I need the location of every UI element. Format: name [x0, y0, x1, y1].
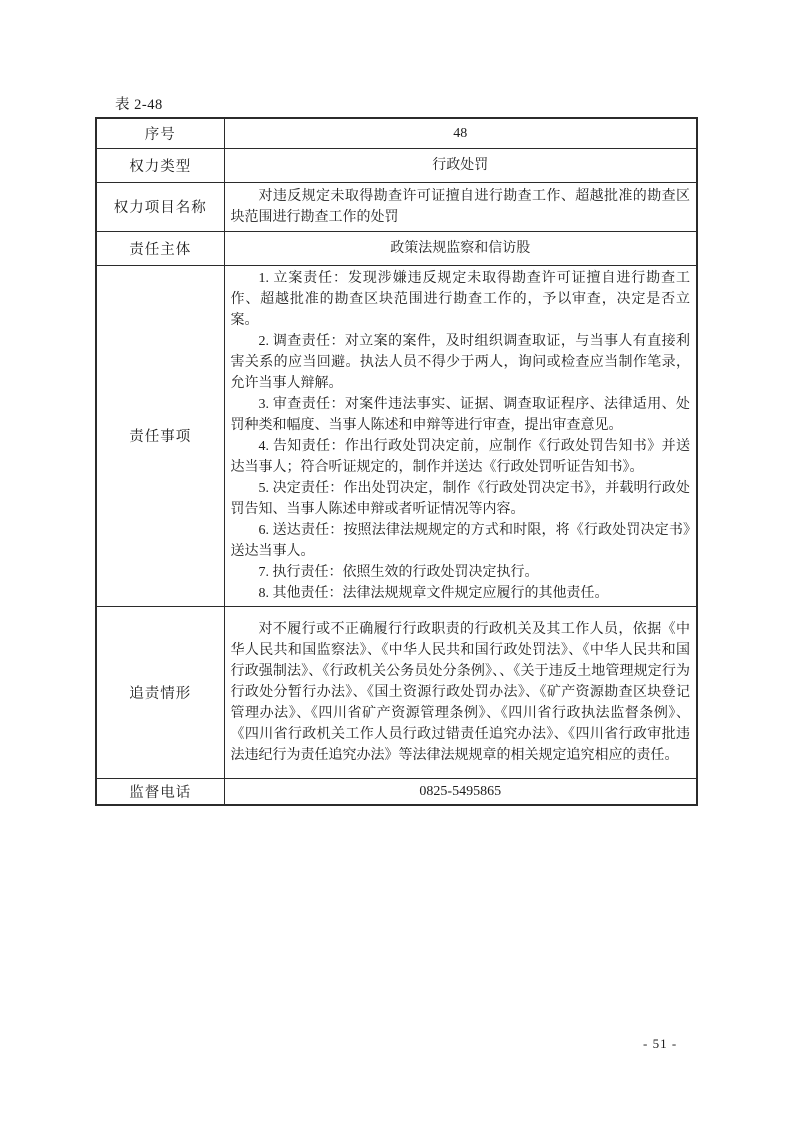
responsibility-item-5: 5. 决定责任：作出处罚决定，制作《行政处罚决定书》，并载明行政处罚告知、当事人…	[231, 478, 691, 520]
row-value-responsible-entity: 政策法规监察和信访股	[224, 231, 697, 265]
page-number: - 51 -	[643, 1036, 677, 1052]
responsibility-item-4: 4. 告知责任：作出行政处罚决定前，应制作《行政处罚告知书》并送达当事人；符合听…	[231, 436, 691, 478]
table-caption: 表 2-48	[115, 93, 163, 114]
row-label-responsibility-items: 责任事项	[96, 265, 224, 606]
row-label-responsible-entity: 责任主体	[96, 231, 224, 265]
row-value-responsibility-items: 1. 立案责任：发现涉嫌违反规定未取得勘查许可证擅自进行勘查工作、超越批准的勘查…	[224, 265, 697, 606]
row-label-accountability-circumstances: 追责情形	[96, 606, 224, 778]
responsibility-item-1: 1. 立案责任：发现涉嫌违反规定未取得勘查许可证擅自进行勘查工作、超越批准的勘查…	[231, 268, 691, 331]
table-row-responsible-entity: 责任主体 政策法规监察和信访股	[96, 231, 697, 265]
responsibility-item-3: 3. 审查责任：对案件违法事实、证据、调查取证程序、法律适用、处罚种类和幅度、当…	[231, 394, 691, 436]
table-row-power-item-name: 权力项目名称 对违反规定未取得勘查许可证擅自进行勘查工作、超越批准的勘查区块范围…	[96, 182, 697, 231]
document-page: 表 2-48 序号 48 权力类型 行政处罚 权力项目名称 对违反规定未取得勘查…	[0, 0, 793, 1122]
responsibility-item-7: 7. 执行责任：依照生效的行政处罚决定执行。	[231, 562, 691, 583]
row-label-supervision-phone: 监督电话	[96, 778, 224, 805]
table-row-supervision-phone: 监督电话 0825-5495865	[96, 778, 697, 805]
table-row-accountability-circumstances: 追责情形 对不履行或不正确履行行政职责的行政机关及其工作人员，依据《中华人民共和…	[96, 606, 697, 778]
row-label-power-item-name: 权力项目名称	[96, 182, 224, 231]
table-row-responsibility-items: 责任事项 1. 立案责任：发现涉嫌违反规定未取得勘查许可证擅自进行勘查工作、超越…	[96, 265, 697, 606]
row-value-supervision-phone: 0825-5495865	[224, 778, 697, 805]
row-value-serial-number: 48	[224, 118, 697, 148]
row-value-power-item-name: 对违反规定未取得勘查许可证擅自进行勘查工作、超越批准的勘查区块范围进行勘查工作的…	[224, 182, 697, 231]
accountability-circumstances-text: 对不履行或不正确履行行政职责的行政机关及其工作人员，依据《中华人民共和国监察法》…	[231, 619, 691, 766]
row-label-serial-number: 序号	[96, 118, 224, 148]
table-row-power-type: 权力类型 行政处罚	[96, 148, 697, 182]
responsibility-item-6: 6. 送达责任：按照法律法规规定的方式和时限，将《行政处罚决定书》送达当事人。	[231, 520, 691, 562]
power-item-table: 序号 48 权力类型 行政处罚 权力项目名称 对违反规定未取得勘查许可证擅自进行…	[95, 117, 698, 806]
responsibility-item-2: 2. 调查责任：对立案的案件，及时组织调查取证，与当事人有直接利害关系的应当回避…	[231, 331, 691, 394]
row-value-power-type: 行政处罚	[224, 148, 697, 182]
table-row-serial-number: 序号 48	[96, 118, 697, 148]
row-value-accountability-circumstances: 对不履行或不正确履行行政职责的行政机关及其工作人员，依据《中华人民共和国监察法》…	[224, 606, 697, 778]
power-item-name-text: 对违反规定未取得勘查许可证擅自进行勘查工作、超越批准的勘查区块范围进行勘查工作的…	[231, 186, 691, 228]
responsibility-item-8: 8. 其他责任：法律法规规章文件规定应履行的其他责任。	[231, 583, 691, 604]
row-label-power-type: 权力类型	[96, 148, 224, 182]
